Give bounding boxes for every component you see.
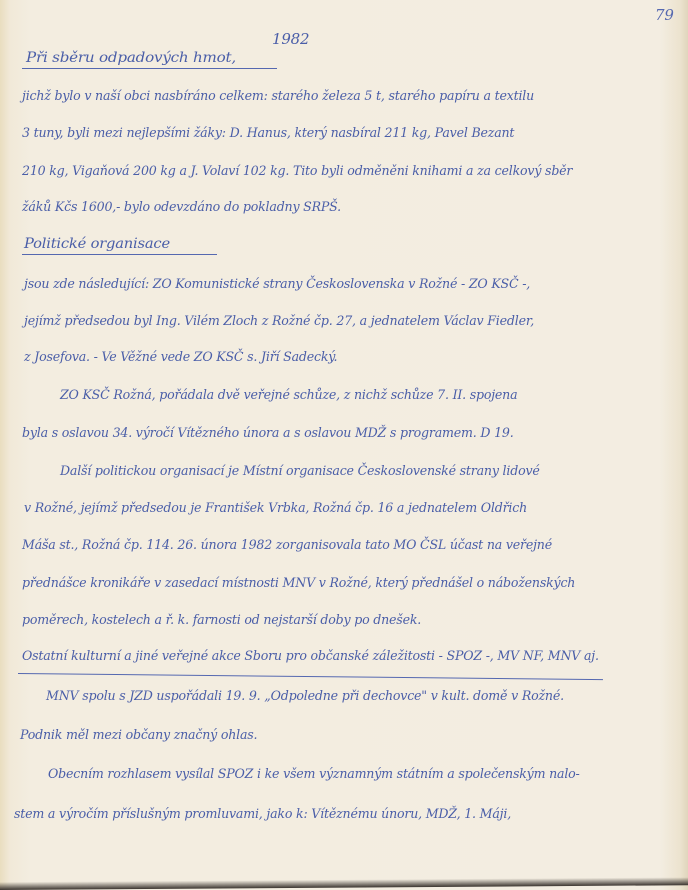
year-heading: 1982 bbox=[272, 30, 309, 48]
page-number: 79 bbox=[655, 6, 674, 24]
text-line: 3 tuny, byli mezi nejlepšími žáky: D. Ha… bbox=[22, 125, 514, 140]
section-heading-political-organisations: Politické organisace bbox=[24, 236, 170, 252]
text-line: jejímž předsedou byl Ing. Vilém Zloch z … bbox=[24, 313, 534, 328]
text-line: Máša st., Rožná čp. 114. 26. února 1982 … bbox=[22, 537, 552, 552]
heading-underline bbox=[22, 254, 217, 255]
text-line: MNV spolu s JZD uspořádali 19. 9. „Odpol… bbox=[46, 688, 564, 703]
text-line: stem a výročím příslušným promluvami, ja… bbox=[14, 806, 511, 821]
section-heading-waste-collection: Při sběru odpadových hmot, bbox=[26, 50, 236, 66]
section-heading-cultural-events: Ostatní kulturní a jiné veřejné akce Sbo… bbox=[22, 648, 599, 663]
text-line: Podnik měl mezi občany značný ohlas. bbox=[20, 727, 257, 742]
heading-underline bbox=[18, 673, 603, 680]
text-line: jichž bylo v naší obci nasbíráno celkem:… bbox=[22, 88, 534, 103]
chronicle-page: 79 1982 Při sběru odpadových hmot, jichž… bbox=[0, 0, 688, 890]
text-line: přednášce kronikáře v zasedací místnosti… bbox=[22, 575, 575, 590]
text-line: 210 kg, Vigaňová 200 kg a J. Volaví 102 … bbox=[22, 163, 572, 178]
text-line: žáků Kčs 1600,- bylo odevzdáno do poklad… bbox=[22, 199, 341, 214]
text-line: v Rožné, jejímž předsedou je František V… bbox=[24, 500, 527, 515]
text-line: jsou zde následující: ZO Komunistické st… bbox=[24, 276, 530, 291]
text-line: ZO KSČ Rožná, pořádala dvě veřejné schůz… bbox=[60, 387, 517, 402]
text-line: poměrech, kostelech a ř. k. farnosti od … bbox=[22, 612, 421, 627]
text-line: byla s oslavou 34. výročí Vítězného únor… bbox=[22, 425, 514, 440]
text-line: Další politickou organisací je Místní or… bbox=[60, 463, 540, 478]
heading-underline bbox=[22, 68, 277, 69]
text-line: Obecním rozhlasem vysílal SPOZ i ke všem… bbox=[48, 766, 580, 781]
text-line: z Josefova. - Ve Věžné vede ZO KSČ s. Ji… bbox=[24, 349, 337, 364]
